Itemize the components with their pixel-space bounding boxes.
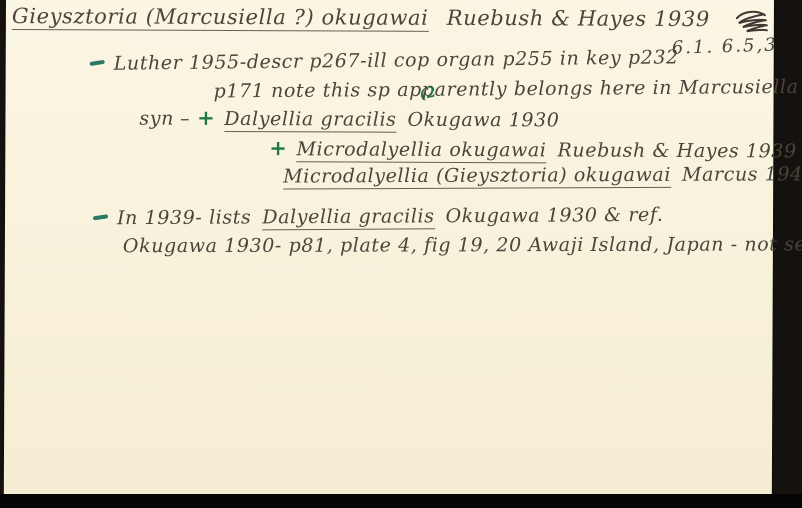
index-card: Gieysztoria (Marcusiella ?) okugawai Rue… — [4, 0, 774, 499]
green-annotation-mark: (2 — [418, 84, 437, 103]
card-title-line: Gieysztoria (Marcusiella ?) okugawai Rue… — [12, 4, 770, 34]
title-species-name: Gieysztoria (Marcusiella ?) okugawai — [12, 4, 429, 32]
note-1939-suffix: Okugawa 1930 & ref. — [445, 204, 663, 227]
note-1939-prefix: In 1939- lists — [117, 206, 251, 229]
green-plus-icon: + — [197, 105, 215, 130]
synonym-line-1: syn–+Dalyellia gracilisOkugawa 1930 — [139, 105, 559, 132]
note-1939-line2: Okugawa 1930- p81, plate 4, fig 19, 20 A… — [123, 233, 802, 257]
teal-dash-icon — [90, 60, 105, 66]
scan-backdrop — [0, 494, 802, 508]
note-luther-text1: Luther 1955-descr p267-ill cop organ p25… — [114, 46, 679, 74]
note-luther-line1: Luther 1955-descr p267-ill cop organ p25… — [90, 46, 679, 75]
synonym-line-3: Microdalyellia (Gieysztoria) okugawaiMar… — [283, 163, 802, 187]
title-authority: Ruebush & Hayes 1939 — [447, 6, 710, 31]
synonym-authority: Marcus 1946 — [682, 163, 802, 186]
synonym-name: Dalyellia gracilis — [224, 108, 396, 133]
note-luther-line2: p171 note this sp apparently belongs her… — [214, 76, 799, 103]
synonym-authority: Ruebush & Hayes 1939 — [557, 139, 796, 162]
syn-label: syn — [139, 108, 174, 130]
syn-dash: – — [180, 108, 190, 130]
synonym-name: Microdalyellia okugawai — [296, 138, 546, 163]
catalog-code: 6.1. 6.5,3 — [671, 35, 777, 59]
note-1939-species: Dalyellia gracilis — [262, 205, 434, 230]
teal-dash-icon — [93, 214, 108, 220]
synonym-name: Microdalyellia (Gieysztoria) okugawai — [283, 164, 671, 190]
scribbled-out-mark-icon — [734, 8, 770, 34]
synonym-line-2: +Microdalyellia okugawaiRuebush & Hayes … — [269, 135, 796, 162]
note-1939-line1: In 1939- listsDalyellia gracilisOkugawa … — [93, 204, 664, 229]
green-plus-icon: + — [269, 135, 287, 160]
synonym-authority: Okugawa 1930 — [407, 109, 559, 132]
